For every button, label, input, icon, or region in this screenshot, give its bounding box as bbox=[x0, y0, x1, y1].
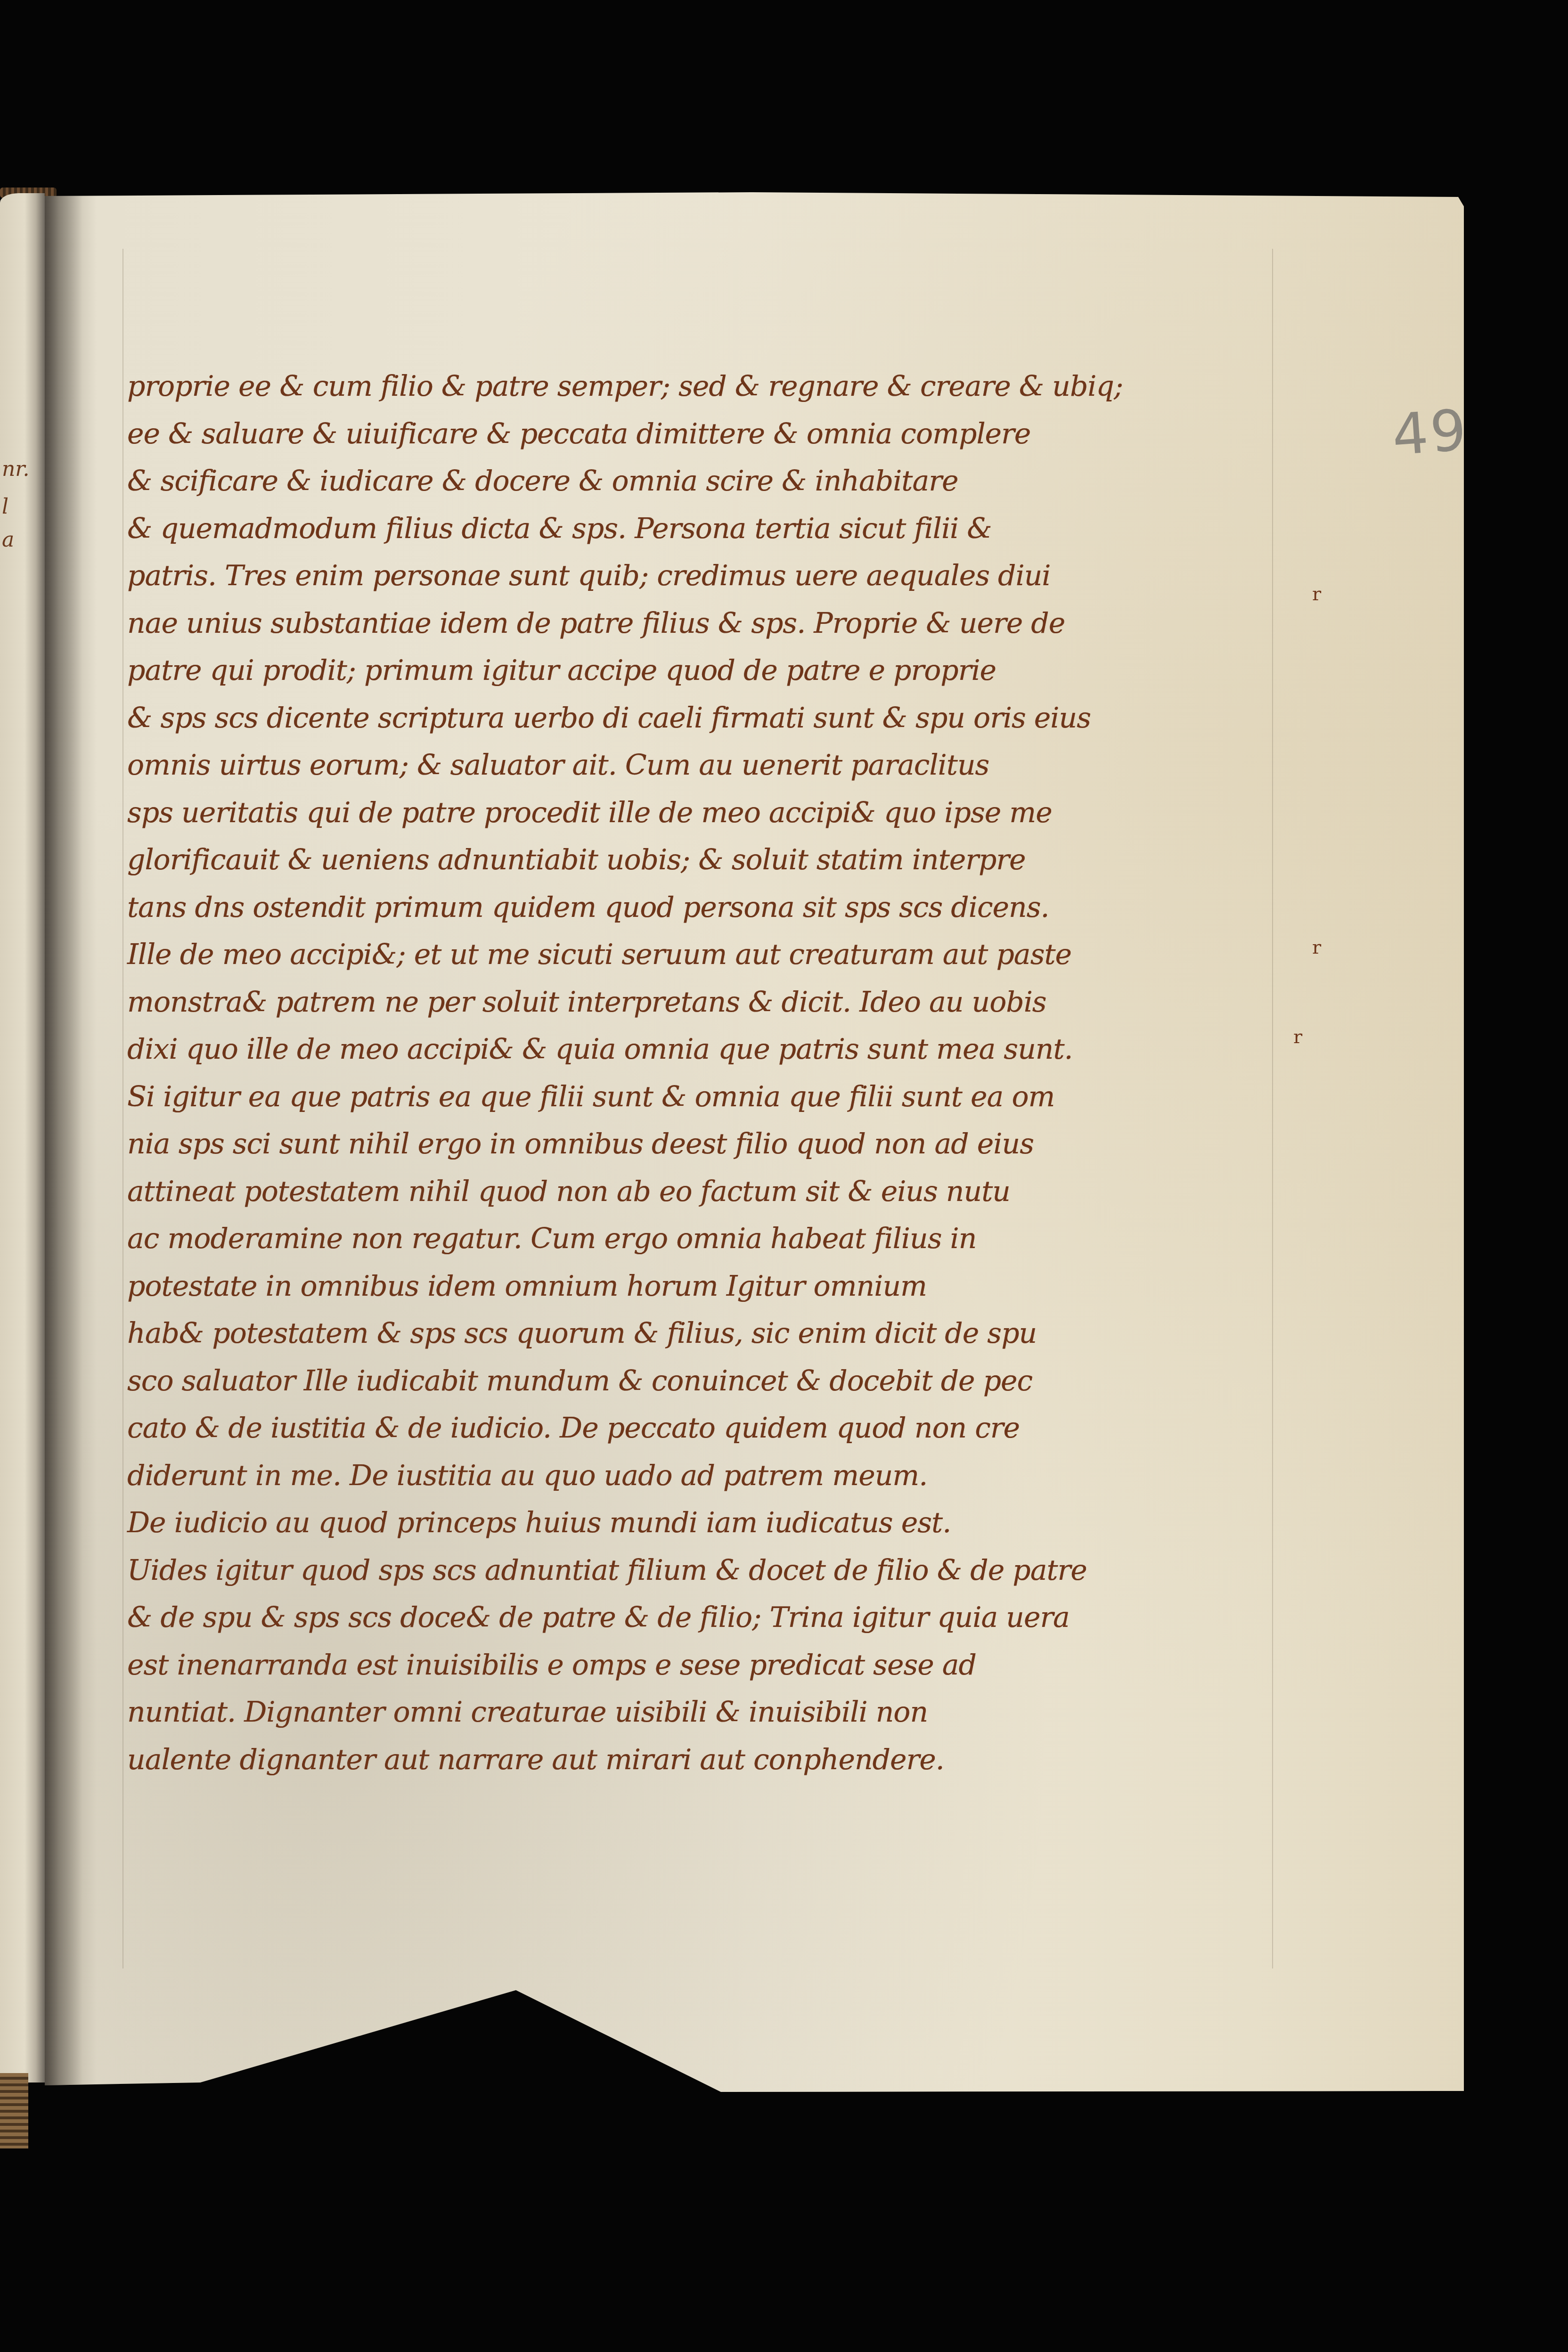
text-line: monstra& patrem ne per soluit interpreta… bbox=[127, 979, 1333, 1026]
text-line: est inenarranda est inuisibilis e omps e… bbox=[127, 1641, 1333, 1689]
text-line: ee & saluare & uiuificare & peccata dimi… bbox=[127, 410, 1333, 458]
binding-edge-bottom bbox=[0, 2073, 28, 2148]
text-line: nae unius substantiae idem de patre fili… bbox=[127, 600, 1333, 647]
text-line: & quemadmodum filius dicta & sps. Person… bbox=[127, 505, 1333, 553]
text-line: & scificare & iudicare & docere & omnia … bbox=[127, 457, 1333, 505]
prev-page-fragment: a bbox=[2, 528, 14, 552]
text-line: patre qui prodit; primum igitur accipe q… bbox=[127, 647, 1333, 694]
text-line: ac moderamine non regatur. Cum ergo omni… bbox=[127, 1215, 1333, 1263]
text-line: & sps scs dicente scriptura uerbo di cae… bbox=[127, 694, 1333, 742]
text-line: & de spu & sps scs doce& de patre & de f… bbox=[127, 1594, 1333, 1641]
text-line: tans dns ostendit primum quidem quod per… bbox=[127, 884, 1333, 931]
text-line: potestate in omnibus idem omnium horum I… bbox=[127, 1263, 1333, 1310]
text-line: Ille de meo accipi&; et ut me sicuti ser… bbox=[127, 931, 1333, 979]
text-line: sps ueritatis qui de patre procedit ille… bbox=[127, 789, 1333, 837]
text-line: diderunt in me. De iustitia au quo uado … bbox=[127, 1452, 1333, 1500]
text-line: dixi quo ille de meo accipi& & quia omni… bbox=[127, 1026, 1333, 1073]
text-line: ualente dignanter aut narrare aut mirari… bbox=[127, 1736, 1333, 1784]
gutter-shadow bbox=[45, 192, 82, 2094]
text-line: cato & de iustitia & de iudicio. De pecc… bbox=[127, 1405, 1333, 1452]
text-line: sco saluator Ille iudicabit mundum & con… bbox=[127, 1357, 1333, 1405]
text-line: glorificauit & ueniens adnuntiabit uobis… bbox=[127, 836, 1333, 884]
text-line: patris. Tres enim personae sunt quib; cr… bbox=[127, 552, 1333, 600]
text-line: proprie ee & cum filio & patre semper; s… bbox=[127, 363, 1333, 410]
previous-page-edge: nr. l a bbox=[0, 193, 45, 2082]
text-line: omnis uirtus eorum; & saluator ait. Cum … bbox=[127, 742, 1333, 789]
text-line: Uides igitur quod sps scs adnuntiat fili… bbox=[127, 1547, 1333, 1594]
text-line: hab& potestatem & sps scs quorum & filiu… bbox=[127, 1310, 1333, 1357]
ruling-line-left bbox=[122, 249, 123, 1968]
text-line: De iudicio au quod princeps huius mundi … bbox=[127, 1499, 1333, 1547]
text-line: nuntiat. Dignanter omni creaturae uisibi… bbox=[127, 1689, 1333, 1736]
text-line: Si igitur ea que patris ea que filii sun… bbox=[127, 1073, 1333, 1121]
prev-page-fragment: l bbox=[2, 495, 8, 519]
prev-page-fragment: nr. bbox=[2, 457, 30, 481]
main-text-column: proprie ee & cum filio & patre semper; s… bbox=[127, 363, 1333, 1783]
folio-number: 49. bbox=[1390, 396, 1490, 468]
text-line: attineat potestatem nihil quod non ab eo… bbox=[127, 1168, 1333, 1216]
text-line: nia sps sci sunt nihil ergo in omnibus d… bbox=[127, 1120, 1333, 1168]
manuscript-scan: nr. l a 49. r r r proprie ee & cum filio… bbox=[0, 0, 1568, 2352]
